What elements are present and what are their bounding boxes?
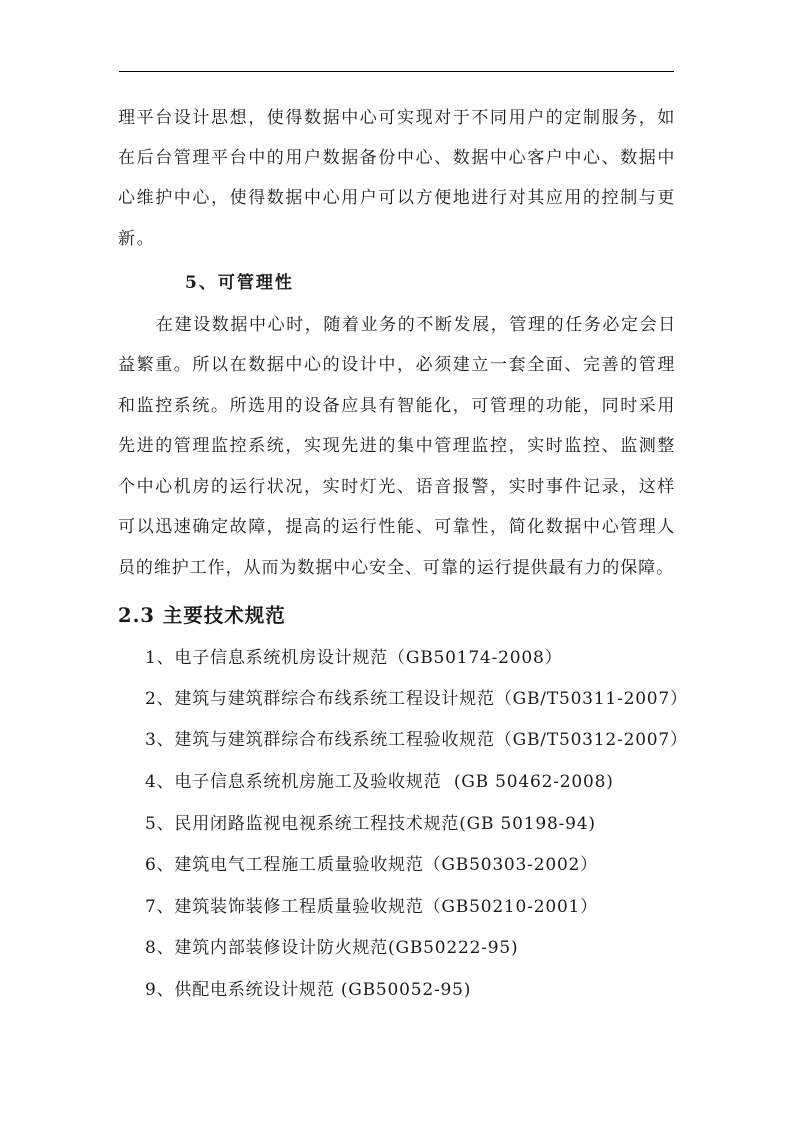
paragraph-line: 新。	[118, 228, 674, 250]
standard-item: 1、电子信息系统机房设计规范（GB50174-2008）	[145, 647, 705, 669]
paragraph-line: 理平台设计思想，使得数据中心可实现对于不同用户的定制服务，如	[118, 107, 674, 129]
standard-item: 8、建筑内部装修设计防火规范(GB50222-95)	[145, 937, 705, 959]
paragraph-line: 先进的管理监控系统，实现先进的集中管理监控，实时监控、监测整	[118, 435, 674, 457]
subheading-manageability: 5、可管理性	[185, 272, 745, 294]
paragraph-line: 在后台管理平台中的用户数据备份中心、数据中心客户中心、数据中	[118, 147, 674, 169]
standard-item: 7、建筑装饰装修工程质量验收规范（GB50210-2001）	[145, 896, 705, 918]
paragraph-line: 在建设数据中心时，随着业务的不断发展，管理的任务必定会日	[156, 314, 674, 336]
standard-item: 9、供配电系统设计规范 (GB50052-95)	[145, 979, 705, 1001]
standard-item: 4、电子信息系统机房施工及验收规范 (GB 50462-2008)	[145, 771, 705, 793]
paragraph-line: 员的维护工作，从而为数据中心安全、可靠的运行提供最有力的保障。	[118, 557, 674, 579]
standard-item: 6、建筑电气工程施工质量验收规范（GB50303-2002）	[145, 854, 705, 876]
standard-item: 5、民用闭路监视电视系统工程技术规范(GB 50198-94)	[145, 813, 705, 835]
section-heading: 2.3 主要技术规范	[118, 603, 678, 629]
standard-item: 3、建筑与建筑群综合布线系统工程验收规范（GB/T50312-2007）	[145, 729, 705, 751]
page-header-rule	[119, 71, 674, 72]
paragraph-line: 个中心机房的运行状况，实时灯光、语音报警，实时事件记录，这样	[118, 476, 674, 498]
paragraph-line: 益繁重。所以在数据中心的设计中，必须建立一套全面、完善的管理	[118, 354, 674, 376]
paragraph-line: 和监控系统。所选用的设备应具有智能化，可管理的功能，同时采用	[118, 395, 674, 417]
paragraph-line: 心维护中心，使得数据中心用户可以方便地进行对其应用的控制与更	[118, 187, 674, 209]
standard-item: 2、建筑与建筑群综合布线系统工程设计规范（GB/T50311-2007）	[145, 688, 705, 710]
paragraph-line: 可以迅速确定故障，提高的运行性能、可靠性，简化数据中心管理人	[118, 516, 674, 538]
